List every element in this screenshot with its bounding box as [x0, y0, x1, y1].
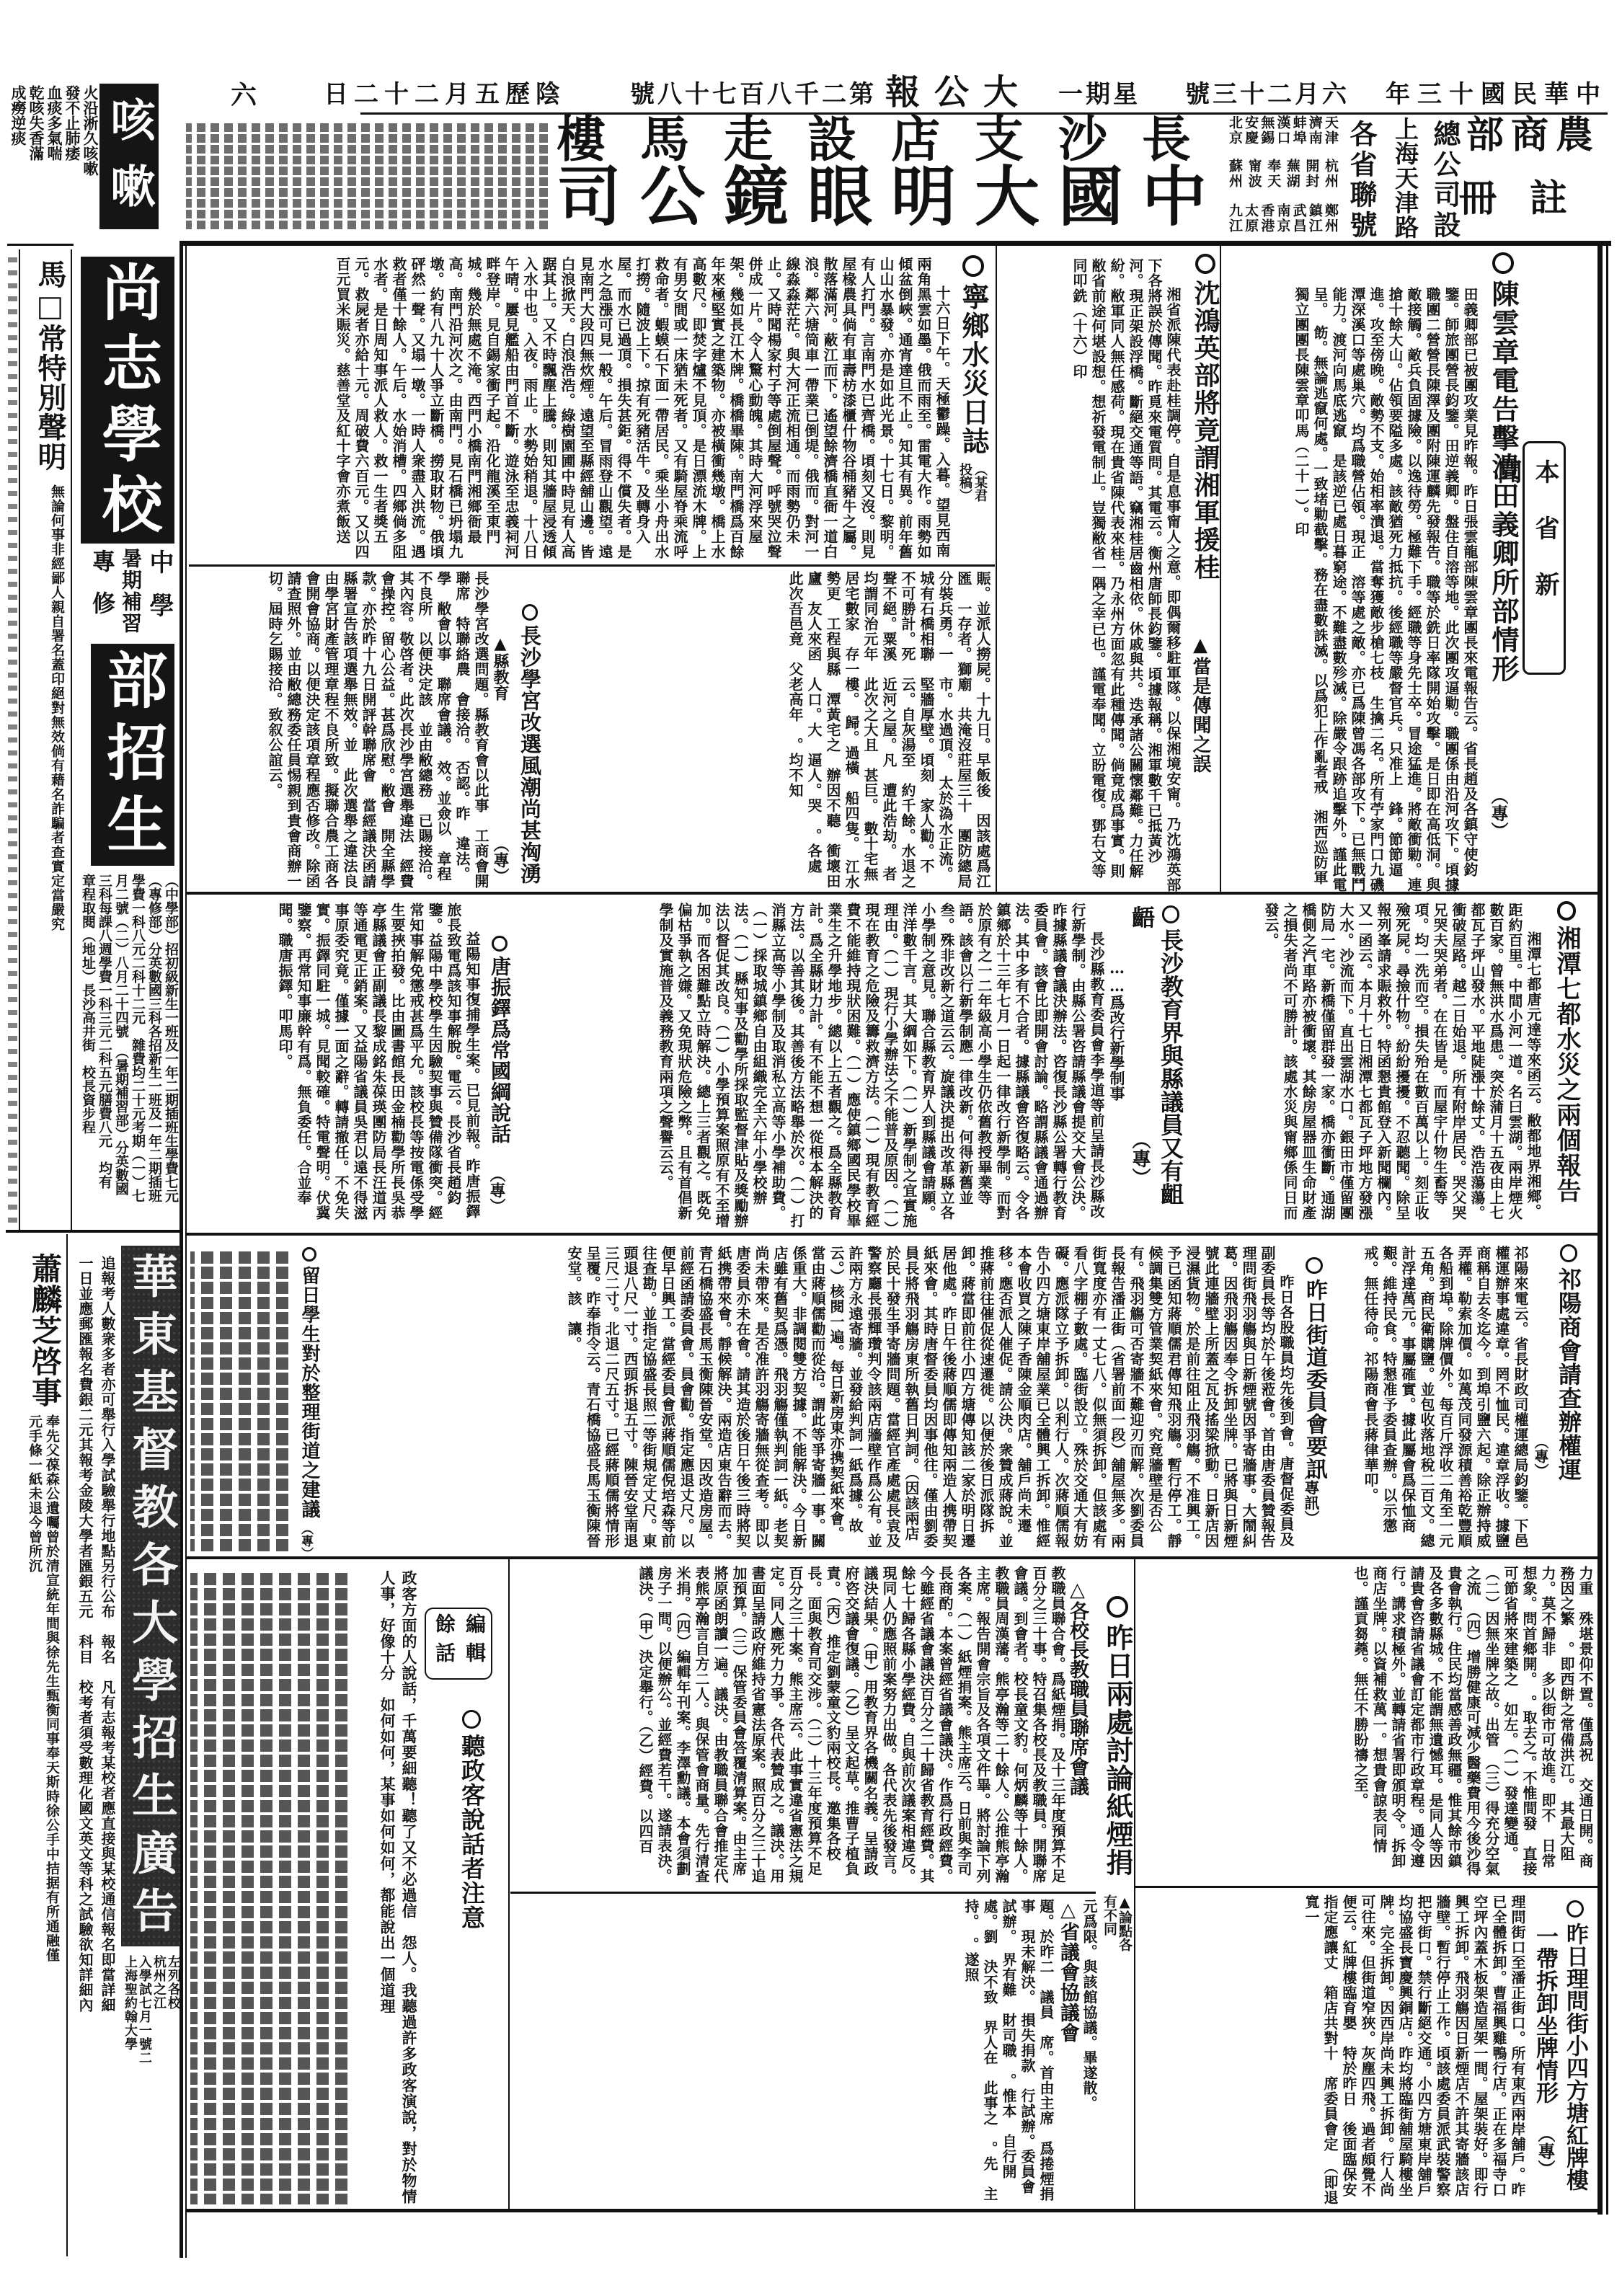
ma-notice-body: 無論何事非經鄙人親自署名蓋印絕對無效倘有藉名詐騙者查實定當嚴究: [46, 484, 66, 960]
subheadline-cigarette-tax: ▲論點各有不同: [1102, 1894, 1132, 1956]
article-body-liwen-street-demolition: 理問街口至潘正街口。所有東西兩岸舖戶。昨已全體拆卸。曹福興雞鴨行店。正在多福寺口…: [1140, 1894, 1527, 2206]
masthead-year: 中華民國十三年: [1370, 82, 1608, 107]
masthead-date: 六月二十三號: [1182, 82, 1350, 107]
headline-tag: （專訊）: [1303, 1465, 1322, 1525]
shangzhi-detail-line: 月二號（二）八月二十四號 （暑期補習部）分英數國: [112, 874, 129, 1228]
band-rule: [189, 564, 995, 567]
left-ads-horizontal-rule: [6, 1230, 182, 1233]
headline-tag: （專）: [1489, 787, 1511, 839]
band-rule: [1135, 1886, 1599, 1888]
headline-tag: （專）: [298, 1522, 315, 1559]
left-ads-divider: [66, 1234, 68, 2256]
section-title-provincial-assembly: △省議會協議會: [1055, 1899, 1080, 2206]
headline-text: 長沙學宮改選風潮尚甚洶湧: [518, 625, 542, 885]
provincial-assembly-body: 題。於昨二 議員 席。首由主席 爲捲煙捐事 現未解決。 損失捐款 行試辦。委員會…: [962, 1899, 1055, 2206]
branch-city: 九江: [1227, 203, 1242, 234]
headline-liwen-street-demolition: 昨日理問街小四方塘紅牌樓 一帶拆卸坐牌情形（專）: [1530, 1900, 1590, 2191]
left-ads-border-thin: [185, 241, 187, 2258]
headline-xiangtan-flood: 湘潭七都水災之兩個報告: [1548, 901, 1579, 1203]
subheadline-education-dispute: ……爲改行新學制事: [1109, 959, 1127, 1101]
shangzhi-detail-line: 學費一科八元二科十二元 雜費均二十元考期（一）七: [129, 874, 146, 1228]
branch-city: 北京: [1227, 115, 1242, 146]
article-body-qiyang-chamber: 祁陽來電云。省長財政司權運總局鈞鑒。下邑權運辦事處違章。罔不恤民。違章浮收。據鹽…: [1334, 1246, 1530, 1554]
branch-city: 杭州: [1323, 159, 1338, 189]
shangzhi-program: 專修: [88, 549, 114, 633]
ma-notice-title: 馬□常特別聲明: [26, 260, 65, 471]
headline-tag: （某君投稿）: [956, 463, 988, 506]
section-title-teachers-meeting: △各校長教職員聯席會議: [1070, 1579, 1091, 1796]
optical-ad-fine-print: [186, 121, 550, 231]
branch-city-group: 天津 濟南 蚌埠 漢口 無錫 安慶 北京: [1227, 115, 1338, 147]
optical-ad-company-name: 中國大明眼鏡公司: [555, 164, 1226, 229]
subheadline-shen-hongying: ▲當是傳聞之誤: [1189, 634, 1214, 774]
headline-text: 陳雲章電告擊潰田義卿所部情形: [1487, 280, 1520, 683]
masthead-weekday: 星期一: [1057, 82, 1140, 107]
left-ads-divider: [19, 249, 20, 1230]
article-continuation-cigarette-tax: 元爲限。與該館協議。畢遂散。 △省議會協議會 題。於昨二 議員 席。首由主席 爲…: [515, 1899, 1099, 2206]
left-ads-divider: [71, 249, 72, 1230]
editorial-column-label: 編輯餘話: [425, 1608, 492, 1680]
shangzhi-details: （中學部）招初級新生一班及一年二期插班生學費七元 （專修部）分英數國三科各招新生…: [76, 874, 179, 1228]
branch-city: 天津: [1323, 115, 1338, 146]
headline-line: 昨日理問街小四方塘紅牌樓: [1560, 1900, 1590, 2191]
circle-marker-icon: [1566, 1900, 1584, 1918]
east-china-note: 上海聖約翰大學: [123, 1955, 137, 2251]
shangzhi-program: 暑期補習: [117, 548, 141, 634]
headline-street-committee: 昨日街道委員會要訊: [1300, 1257, 1326, 1480]
xiao-notice-line: 奉先父葆森公遺囑曾於清宣統年間與徐先生甄衡同事奉天斯時徐公手中拮据有所通融僅: [43, 1414, 61, 2251]
row-rule: [186, 1556, 1599, 1559]
headline-text: 昨日街道委員會要訊: [1302, 1279, 1327, 1480]
circle-marker-icon: [1162, 905, 1180, 923]
branch-city: 蘇州: [1227, 159, 1242, 189]
east-china-body-line: 一日並應郵匯報名費銀二元其報考金陵大學者匯銀五元 科目 校考者須受數理化國文英文…: [74, 1256, 96, 2251]
branch-city: 蚌埠: [1291, 115, 1306, 146]
headline-text: 湘潭七都水災之兩個報告: [1552, 926, 1581, 1203]
illegible-article-text: [190, 1570, 350, 2204]
headline-tang-zhenduo: 唐振鐸爲常國綱說話: [486, 936, 510, 1144]
masthead-lunar-date: 陰歷五月二十二日: [317, 82, 566, 107]
shangzhi-detail-line: 章程取閱（地址）長沙高井街 校長資步程: [79, 874, 96, 1228]
headline-shen-hongying: 沈鴻英部將竟謂湘軍援桂: [1185, 254, 1218, 581]
branch-city: 鄭州: [1323, 203, 1338, 234]
headline-text: 昨日理問街小四方塘紅牌樓: [1562, 1923, 1588, 2191]
headline-tag: （專）: [1130, 1130, 1153, 1187]
right-border-thick: [1597, 241, 1603, 2215]
article-continuation-liuri-students: 力重 殊堪景仰不置。僅爲祝 交通日開。商務因之繁 。即西餅之常備洪江。 其最大阻…: [1139, 1566, 1595, 1883]
circle-marker-icon: [1107, 1596, 1128, 1618]
masthead-paper-name: 大公報: [891, 75, 1032, 110]
headline-text: 聽政客說話者注意: [458, 1734, 486, 1930]
band-rule: [510, 1892, 1096, 1894]
headline-chen-yunzhang: 陳雲章電告擊潰田義卿所部情形: [1483, 252, 1517, 683]
article-body-chen-yunzhang: 田義卿部已被團攻業見昨報。昨日張雲龍部陳雲章團長來電報告云。省長趙及各鎮守使鈞鑒…: [1226, 287, 1479, 894]
article-body-xiangtan-flood: 湘潭七都唐元達等來函云。敝都地界湘鄉。距約百里。中間小河一道。名曰雲湖。兩岸煙火…: [1187, 903, 1543, 1231]
headline-liuri-students: 留日學生對於整理街道之建議: [296, 1247, 319, 1519]
xiao-notice-title: 蕭麟芝啓事: [25, 1253, 61, 1408]
shangzhi-detail-line: 三科每課八週學費一科三元二科五元膳費八元 均有: [96, 874, 112, 1228]
column-rule: [508, 1559, 510, 2209]
headline-tag: （專）: [488, 1166, 508, 1214]
branch-city: 太原: [1243, 203, 1258, 234]
cough-ad-line: 成癆逆痰: [9, 85, 27, 226]
shangzhi-program: 中學: [144, 549, 172, 636]
article-body-xuegong-election: 長沙學宮改選問題。縣教育會以此事 工商會開聯席 特聯絡農 會接洽。 否認。昨 違…: [189, 571, 490, 891]
page-bottom-rule: [186, 2209, 1602, 2212]
optical-ad-registration-line2: 註冊: [1463, 180, 1600, 218]
headline-text: 寧鄉水災日誌: [957, 283, 990, 456]
circle-marker-icon: [522, 604, 539, 621]
branch-city: 甯波: [1246, 159, 1262, 189]
circle-marker-icon: [1195, 254, 1215, 274]
circle-marker-icon: [1557, 901, 1577, 921]
cough-ad-line: 乾咳失香滿: [27, 85, 45, 226]
cough-ad-line: 火沿淅久咳嗽: [81, 85, 99, 226]
headline-line: 一帶拆卸坐牌情形（專）: [1530, 1900, 1560, 2191]
masthead-page-number: 六: [213, 82, 257, 108]
headline-text: 唐振鐸爲常國綱說話: [488, 956, 512, 1144]
article-continuation-ningxiang-flood: 賑。並派人撈屍。十九日。早飯後 因該處爲江匯 一存者。獅廟 共淹沒莊屋三十 團防…: [548, 571, 992, 891]
optical-ad-head-office-address: 上海天津路: [1381, 117, 1417, 239]
branch-city: 安慶: [1243, 115, 1258, 146]
branch-city: 鎮江: [1307, 203, 1322, 234]
masthead-issue-number: 第二千八百七十八號: [626, 82, 877, 107]
article-body-teachers-meeting: 教職員聯合會。爲紙煙捐。及十三年度預算不足百分之三十事。特召集各校長及教職員。開…: [515, 1566, 1067, 1887]
headline-text: 祁陽商會請查辦權運: [1555, 1267, 1582, 1481]
article-body-ningxiang-flood: 十六日下午。天極鬱躁。入暮。望見西南兩角黑雲如墨。俄而雨至。雷電大作。雨勢如傾盆…: [189, 257, 952, 562]
branch-city: 武昌: [1291, 203, 1306, 234]
teachers-meeting-continuation: 元爲限。與該館協議。畢遂散。: [1080, 1899, 1099, 2206]
circle-marker-icon: [492, 936, 508, 952]
column-rule: [996, 246, 997, 893]
branch-city: 濟南: [1307, 115, 1322, 146]
article-body-education-dispute: 長沙縣教育委員會李學道等前呈請長沙縣改行新學制。由縣公署咨請縣議會提交大會公決。…: [515, 903, 1106, 1231]
cut-off-ad-column: [8, 254, 17, 1223]
optical-ad-head-office-label: 總公司設: [1423, 120, 1459, 241]
shangzhi-detail-line: （中學部）招初級新生一班及一年二期插班生學費七元: [162, 874, 179, 1228]
optical-ad-branch-notice: 長沙支店設走馬樓: [555, 115, 1226, 164]
east-china-note: 杭州之江: [151, 1955, 166, 2251]
right-border-thin: [1606, 241, 1608, 2215]
headline-text: 沈鴻英部將竟謂湘軍援桂: [1190, 280, 1220, 581]
optical-ad-branches-label: 各省聯號: [1342, 120, 1375, 241]
branch-city: 香港: [1259, 203, 1274, 234]
cough-ad-title-box: 咳嗽: [99, 84, 159, 229]
row-rule: [186, 1233, 1599, 1236]
headline-text: 昨日兩處討論紙煙捐: [1102, 1623, 1134, 1876]
headline-tag: （專）: [1530, 2125, 1560, 2177]
shangzhi-detail-line: （專修部）分英數國三科各招新生一班及一年二期插班: [146, 874, 162, 1228]
article-body-street-committee: 昨日各股職員均先後到會。唐督促委員及副委員長等均於午後蒞會。首由唐委員贊報告理問…: [321, 1246, 1295, 1554]
xiao-notice-body: 奉先父葆森公遺囑曾於清宣統年間與徐先生甄衡同事奉天斯時徐公手中拮据有所通融僅 元…: [22, 1414, 61, 2251]
column-rule: [1134, 1559, 1135, 2209]
article-body-tang-zhenduo: 益陽知事復捕學生案。已見前報。昨唐振鐸旅長致電爲該知事解脫。電云。長沙省長趙鈞鑒…: [189, 903, 482, 1231]
illegible-article-text: [190, 1249, 291, 1551]
headline-qiyang-chamber: 祁陽商會請查辦權運: [1553, 1244, 1580, 1481]
shangzhi-school-name-box: 尚志學校: [81, 257, 174, 544]
east-china-universities-title-box: 華東基督教各大學招生廣告: [121, 1246, 180, 1946]
subheadline-xuegong-election: ▲縣教育: [493, 634, 512, 701]
cough-ad-line: 發不止肺痿: [63, 85, 81, 226]
cough-ad-line: 血痰多氣喘: [45, 85, 63, 226]
cough-ad-text: 火沿淅久咳嗽 發不止肺痿 血痰多氣喘 乾咳失香滿 成癆逆痰: [7, 85, 99, 226]
branch-city: 無錫: [1259, 115, 1274, 146]
headline-tag: （專）: [493, 836, 512, 884]
east-china-body-line: 追報考人數衆多者亦可舉行入學試驗舉行地點另行公布 報名 凡有志報考某校者應直接與…: [96, 1256, 118, 2251]
branch-city: 漢口: [1275, 115, 1290, 146]
header-bottom-rule: [180, 241, 1611, 246]
headline-politicians-editorial: 聽政客說話者注意: [456, 1710, 484, 1930]
east-china-universities-notes: 左列各校 杭州之江 入學試七月一號二 上海聖約翰大學: [121, 1955, 180, 2251]
headline-text: 留日學生對於整理街道之建議: [298, 1266, 320, 1519]
circle-marker-icon: [1492, 252, 1514, 274]
headline-ningxiang-flood: 寧鄉水災日誌: [956, 255, 988, 456]
branch-city: 開封: [1303, 159, 1319, 189]
branch-city: 蕪湖: [1285, 159, 1300, 189]
headline-cigarette-tax: 昨日兩處討論紙煙捐: [1103, 1596, 1132, 1876]
east-china-note: 左列各校: [166, 1955, 180, 2251]
cough-ad: 火沿淅久咳嗽 發不止肺痿 血痰多氣喘 乾咳失香滿 成癆逆痰 咳嗽: [6, 79, 164, 242]
xiao-notice-line: 元手條一紙未退今曾所沉: [26, 1414, 43, 2251]
east-china-universities-body: 追報考人數衆多者亦可舉行入學試驗舉行地點另行公布 報名 凡有志報考某校者應直接與…: [71, 1256, 118, 2251]
optical-ad-registration-line1: 農商部: [1463, 117, 1600, 154]
section-label-local-news: 本省新聞: [1523, 441, 1566, 675]
article-body-politicians-editorial: 政客方面的人說話，千萬要細聽！聽了又不必過信 怨人。我聽過許多政客演說，對於物情…: [353, 1570, 420, 2206]
branch-city-group: 鄭州 鎮江 武昌 南京 香港 太原 九江: [1227, 203, 1338, 235]
circle-marker-icon: [462, 1710, 481, 1729]
headline-tag: （專）: [1534, 1435, 1551, 1478]
branch-city: 奉天: [1265, 159, 1280, 189]
headline-xuegong-election: 長沙學宮改選風潮尚甚洶湧: [513, 604, 541, 885]
branch-city-group: 杭州 開封 蕪湖 奉天 甯波 蘇州: [1227, 159, 1338, 190]
circle-marker-icon: [962, 255, 984, 277]
branch-city: 南京: [1275, 203, 1290, 234]
cough-ad-underline: [7, 244, 74, 246]
circle-marker-icon: [302, 1247, 316, 1262]
shangzhi-recruit-box: 部招生: [91, 644, 174, 866]
article-body-shen-hongying: 湘省派陳代表赴桂調停。自是息事甯人之意。即偶爾移駐軍隊。以保湘境安甯。乃沈鴻英部…: [999, 258, 1182, 892]
circle-marker-icon: [1306, 1257, 1322, 1274]
headline-text: 一帶拆卸坐牌情形: [1532, 1925, 1558, 2104]
east-china-note: 入學試七月一號二: [137, 1955, 151, 2251]
circle-marker-icon: [1560, 1244, 1578, 1262]
